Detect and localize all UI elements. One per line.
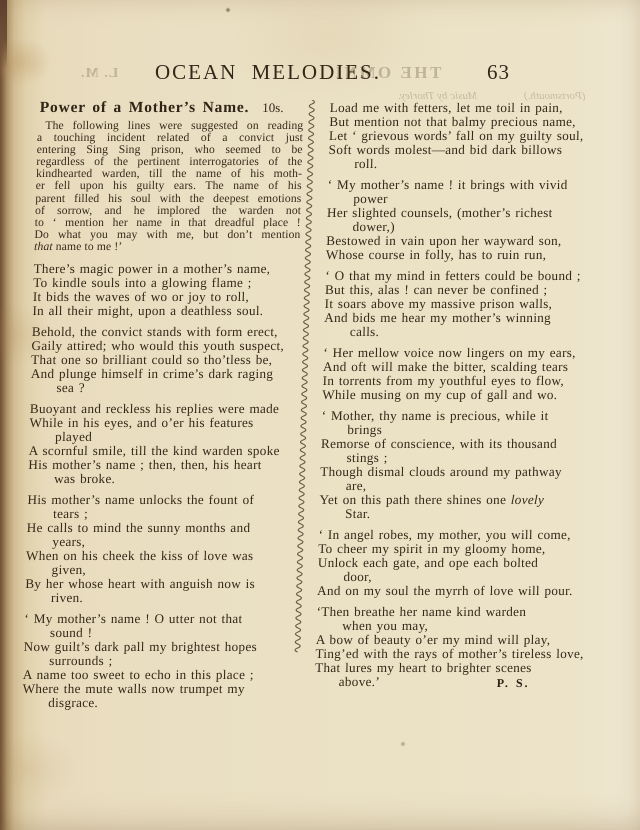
poem-line: ‘ O that my mind in fetters could be bou…	[325, 269, 611, 283]
right-column: Load me with fetters, let me toil in pai…	[314, 101, 616, 696]
poem-line: While in his eyes, and o’er his features	[29, 416, 295, 430]
poem-line: That one so brilliant could so tho’tless…	[31, 353, 297, 367]
poem-line: roll.	[328, 157, 614, 171]
poem-line: In torrents from my youthful eyes to flo…	[322, 374, 608, 388]
poem-line: Ting’ed with the rays of mother’s tirele…	[315, 647, 601, 661]
poem-line: disgrace.	[22, 696, 288, 710]
poem-line: But mention not that balmy precious name…	[329, 115, 615, 129]
poem-stanza: ‘ Mother, thy name is precious, while it…	[319, 409, 608, 521]
poem-line: Buoyant and reckless his replies were ma…	[30, 402, 296, 416]
book-title: OCEAN MELODIES.	[0, 60, 536, 85]
poem-line: dower,)	[326, 220, 612, 234]
poem-line: While musing on my cup of gall and wo.	[322, 388, 608, 402]
poem-line: Gaily attired; who would this youth susp…	[31, 339, 297, 353]
intro-line: of sorrow, and he implored the warden no…	[35, 205, 301, 217]
poem-line: calls.	[324, 325, 610, 339]
poem-line: ‘ Her mellow voice now lingers on my ear…	[323, 346, 609, 360]
poem-line: ‘ In angel robes, my mother, you will co…	[318, 528, 604, 542]
intro-line: er fell upon his guilty ears. The name o…	[36, 180, 302, 192]
poem-line: given,	[25, 563, 291, 577]
poem-line: Behold, the convict stands with form ere…	[32, 325, 298, 339]
poem-line: His mother’s name ; then, then, his hear…	[28, 458, 294, 472]
poem-line: When on his cheek the kiss of love was	[26, 549, 292, 563]
poem-line: Remorse of conscience, with its thousand	[321, 437, 607, 451]
poem-line: ‘ My mother’s name ! it brings with vivi…	[328, 178, 614, 192]
poem-stanza: ‘ My mother’s name ! it brings with vivi…	[326, 178, 614, 262]
poem-line: Her slighted counsels, (mother’s richest	[327, 206, 613, 220]
poem-stanza: ‘ O that my mind in fetters could be bou…	[324, 269, 612, 339]
poem-line: Now guilt’s dark pall my brightest hopes	[23, 640, 289, 654]
poem-stanza: ‘ My mother’s name ! O utter not thatsou…	[22, 612, 291, 710]
intro-line: parent filled his soul with the deepest …	[35, 193, 301, 205]
poem-line: Star.	[319, 507, 605, 521]
poem-line: are,	[320, 479, 606, 493]
poem-line: was broke.	[28, 472, 294, 486]
poem-line: Load me with fetters, let me toil in pai…	[330, 101, 616, 115]
page-number: 63	[487, 60, 510, 85]
poem-line: A name too sweet to echo in this place ;	[23, 668, 289, 682]
poem-line: ‘Then breathe her name kind warden	[316, 605, 602, 619]
poem-stanza: His mother’s name unlocks the fount ofte…	[25, 493, 294, 605]
author-signature: P. S.	[497, 676, 530, 690]
poem-line: In all their might, upon a deathless sou…	[32, 304, 298, 318]
poem-line: sea ?	[30, 381, 296, 395]
poem-line: His mother’s name unlocks the fount of	[27, 493, 293, 507]
poem-line: power	[327, 192, 613, 206]
poem-line: Though dismal clouds around my pathway	[320, 465, 606, 479]
poem-line: To kindle souls into a glowing flame ;	[33, 276, 299, 290]
poem-stanza: ‘ Her mellow voice now lingers on my ear…	[322, 346, 609, 402]
poem-stanza: ‘ In angel robes, my mother, you will co…	[317, 528, 605, 598]
poem-line: when you may,	[316, 619, 602, 633]
poem-stanza: There’s magic power in a mother’s name,T…	[32, 262, 299, 318]
poem-line: played	[29, 430, 295, 444]
poem-line: A scornful smile, till the kind warden s…	[29, 444, 295, 458]
poem-line: Yet on this path there shines one lovely	[319, 493, 605, 507]
poem-stanza: Load me with fetters, let me toil in pai…	[328, 101, 616, 171]
intro-paragraph: The following lines were suggested on re…	[34, 120, 303, 253]
poem-line: And bids me hear my mother’s winning	[324, 311, 610, 325]
poem-line: To cheer my spirit in my gloomy home,	[318, 542, 604, 556]
poem-line: tears ;	[27, 507, 293, 521]
poem-line: sound !	[24, 626, 290, 640]
poem-line: And oft will make the bitter, scalding t…	[323, 360, 609, 374]
poem-line: door,	[317, 570, 603, 584]
poem-line: But this, alas ! can never be confined ;	[325, 283, 611, 297]
poem-heading: Power of a Mother’s Name. 10s.	[38, 99, 304, 116]
poem-line: ‘ My mother’s name ! O utter not that	[24, 612, 290, 626]
poem-line: above.’P. S.	[315, 675, 601, 689]
poem-line: stings ;	[320, 451, 606, 465]
poem-line: surrounds ;	[23, 654, 289, 668]
poem-stanza: Behold, the convict stands with form ere…	[30, 325, 298, 395]
poem-body-right: Load me with fetters, let me toil in pai…	[315, 101, 616, 689]
poem-line: And on my soul the myrrh of love will po…	[317, 584, 603, 598]
book-page: L. M. THE OMNI Music by Thorley. (Portsm…	[0, 0, 640, 830]
poem-line: He calls to mind the sunny months and	[27, 521, 293, 535]
poem-stanza: Buoyant and reckless his replies were ma…	[28, 402, 296, 486]
poem-title: Power of a Mother’s Name.	[40, 99, 250, 117]
poem-line: By her whose heart with anguish now is	[25, 577, 291, 591]
poem-line: A bow of beauty o’er my mind will play,	[316, 633, 602, 647]
poem-line: Soft words molest—and bid dark billows	[328, 143, 614, 157]
poem-line: It bids the waves of wo or joy to roll,	[33, 290, 299, 304]
poem-line: It soars above my massive prison walls,	[324, 297, 610, 311]
poem-line: Where the mute walls now trumpet my	[22, 682, 288, 696]
poem-line: brings	[321, 423, 607, 437]
poem-line: Let ‘ grievous words’ fall on my guilty …	[329, 129, 615, 143]
poem-line: years,	[26, 535, 292, 549]
poem-line: ‘ Mother, thy name is precious, while it	[322, 409, 608, 423]
poem-stanza: ‘Then breathe her name kind wardenwhen y…	[315, 605, 603, 689]
poem-line: Unlock each gate, and ope each bolted	[318, 556, 604, 570]
poem-line: That lures my heart to brighter scenes	[315, 661, 601, 675]
poem-line: Bestowed in vain upon her wayward son,	[326, 234, 612, 248]
poem-line: There’s magic power in a mother’s name,	[33, 262, 299, 276]
poem-line: And plunge himself in crime’s dark ragin…	[31, 367, 297, 381]
intro-line: that name to me !’	[34, 241, 300, 253]
left-column: Power of a Mother’s Name. 10s. The follo…	[22, 99, 304, 717]
poem-line: Whose course in folly, has to ruin run,	[326, 248, 612, 262]
page-header: L. M. THE OMNI Music by Thorley. (Portsm…	[0, 0, 640, 100]
text-columns: Power of a Mother’s Name. 10s. The follo…	[21, 99, 614, 739]
poem-line: riven.	[25, 591, 291, 605]
poem-body-left: There’s magic power in a mother’s name,T…	[22, 262, 300, 710]
poem-meter: 10s.	[262, 100, 284, 116]
